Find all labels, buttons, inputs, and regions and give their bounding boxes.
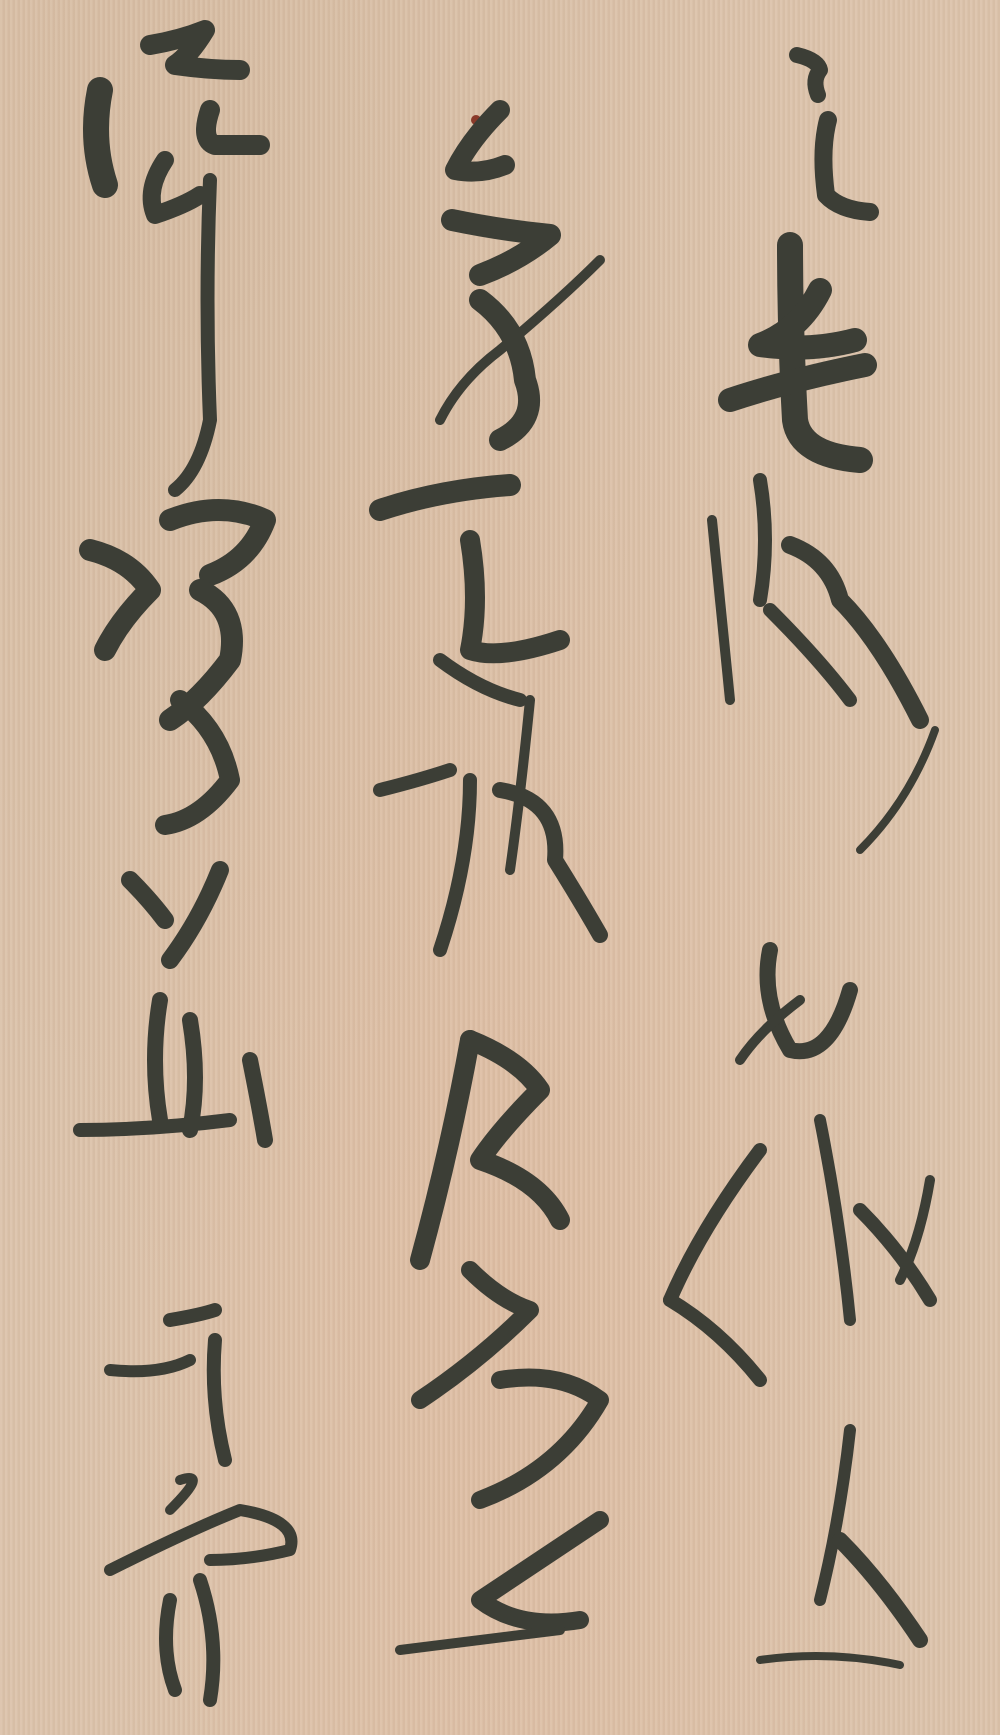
column-middle [380, 110, 600, 1650]
column-left [80, 30, 291, 1700]
calligraphy-artwork [0, 0, 1000, 1735]
column-right [670, 55, 935, 1665]
calligraphy-paper: cursive (caoshu) [0, 0, 1000, 1735]
